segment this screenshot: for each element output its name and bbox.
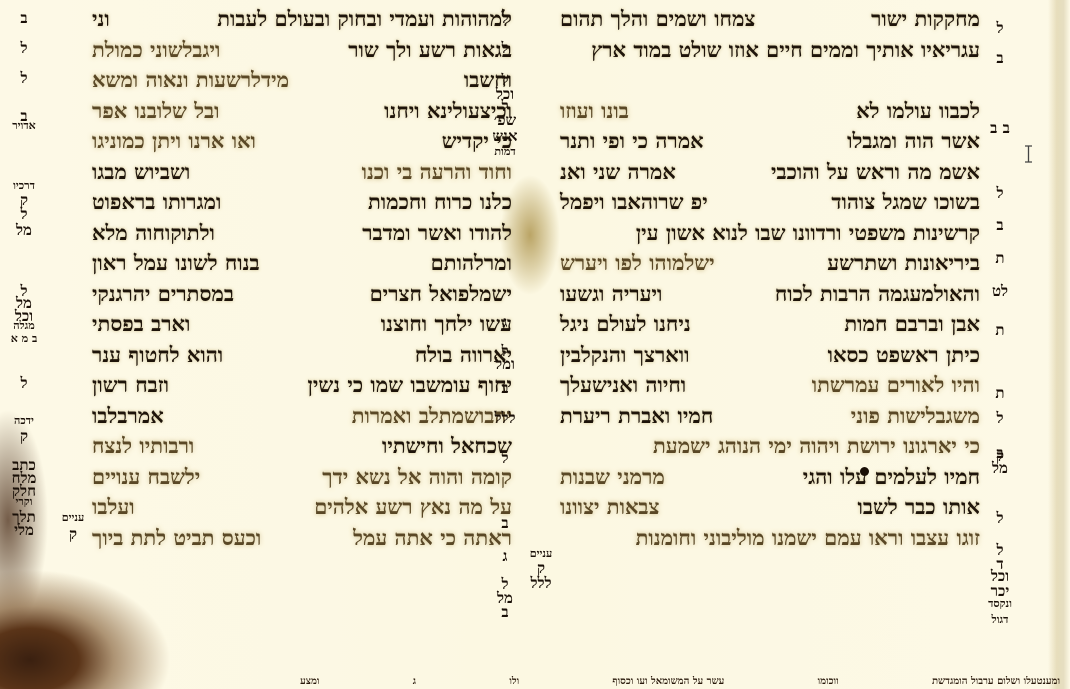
masorah-note: ידכה — [4, 415, 44, 427]
masorah-note: אנש — [480, 128, 530, 144]
masorah-note: מלי — [4, 522, 44, 538]
masorah-note: אדויר — [4, 120, 44, 132]
masorah-note: ומל — [480, 356, 530, 372]
text-line: יהבושמתלב ואמרותאמרבלבו — [92, 401, 512, 432]
masorah-note: ת — [982, 385, 1018, 401]
masorah-note: ל — [982, 20, 1018, 36]
text-line: להודו ואשר ומדברולתוקוחוה מלא — [92, 218, 512, 249]
masorah-note: עניים — [56, 512, 90, 524]
masorah-note: מל — [4, 222, 44, 238]
text-line: וחוד והרעה בי וכנוושביוש מבגו — [92, 157, 512, 188]
masorah-note: ב — [982, 217, 1018, 233]
text-line: כיתן ראשפט כסאוווארצך והנקלבין — [560, 340, 980, 371]
text-line: ביריאונות ושתרשעישלמוהו לפו ויערש — [560, 248, 980, 279]
masorah-note: ל — [4, 70, 44, 86]
masorah-note: ק — [4, 428, 44, 444]
text-line: ישמלפואל חצריםבמסתרים יהרגנקי — [92, 279, 512, 310]
masorah-note: ל — [982, 510, 1018, 526]
masorah-note: ללל — [480, 410, 530, 426]
masorah-note: ל — [480, 450, 530, 466]
masorah-note: ל — [480, 10, 530, 26]
text-line: ומרלהותםבנוח לשונו עמל ראון — [92, 248, 512, 279]
masorah-note: ק — [56, 526, 90, 542]
text-line: כלנו כרוח וחכמותומגרותו בראפוט — [92, 187, 512, 218]
text-line: שכחאל וחישתיוורבותיו לנצח — [92, 431, 512, 462]
masorah-note: ב — [480, 380, 530, 396]
text-line: חמיו לעלמים עלו והגימרמני שבנות — [560, 462, 980, 493]
masorah-note: מל — [982, 460, 1018, 476]
masorah-note: ב — [982, 50, 1018, 66]
masorah-note: ל — [480, 40, 530, 56]
masorah-note: ל — [4, 40, 44, 56]
text-line: אבן וברבם חמותניחנו לעולם ניגל — [560, 309, 980, 340]
masorah-note: דמות — [480, 146, 530, 158]
masorah-note: דגול — [982, 614, 1018, 626]
blank-line — [560, 65, 980, 96]
masorah-note: ל — [4, 375, 44, 391]
masorah-note: ת — [982, 250, 1018, 266]
text-line: עשו ילחך וחוצנווארב בפסתי — [92, 309, 512, 340]
text-line: קרשינות משפטי ורדוונו שבו לנוא אשון עין — [560, 218, 980, 249]
text-column-right: מחקקות ישורצמחו ושמים והלך תהום עגריאיו … — [560, 4, 980, 553]
masorah-note: ונקסד — [982, 598, 1018, 610]
text-line: זוגו עצבו וראו עמם ישמנו מוליבוני וחומנו… — [560, 523, 980, 554]
page-edge-shadow — [1048, 0, 1070, 689]
masorah-note: ג — [480, 314, 530, 330]
text-line: יחוף עומשבו שמו כי נשיןוזבח רשון — [92, 370, 512, 401]
text-line: למהוהות ועמדי ובחוק ובעולם לעבותוני — [92, 4, 512, 35]
masorah-note: ב — [4, 10, 44, 26]
masorah-note: ב ב — [982, 120, 1018, 136]
masorah-note: שפ׳ — [480, 112, 530, 128]
text-cursor-icon — [1024, 145, 1033, 163]
masorah-note: ל — [982, 185, 1018, 201]
text-line: והאולמעגמה הרבות לכוחויעריה וגשעו — [560, 279, 980, 310]
masorah-note: ל — [4, 206, 44, 222]
text-line: בשוכו שמגל צוהודיפ שרוהאבו ויפמל — [560, 187, 980, 218]
text-line: עגריאיו אותיך וממים חיים אוזו שולט במוד … — [560, 35, 980, 66]
text-line: אשמ מה וראש על והוכביאמרה שני ואנ — [560, 157, 980, 188]
masorah-note: ת — [982, 322, 1018, 338]
text-line: והיו לאורים עמרשתווחיוה ואנישעלך — [560, 370, 980, 401]
masorah-note: מגלה — [4, 320, 44, 332]
masorah-note: ב — [480, 604, 530, 620]
ink-spot — [860, 467, 869, 476]
text-line: על מה נאץ רשע אלהיםועלבו — [92, 492, 512, 523]
text-line: כי יארגונו ירושת ויהוה ימי הנוהג ישמעת — [560, 431, 980, 462]
text-line: אותו כבר לשבוצבאות יצוונו — [560, 492, 980, 523]
masorah-note: לט — [982, 283, 1018, 299]
text-line: בגאות רשע ולך שורויגבלשוני כמולת — [92, 35, 512, 66]
text-line: קומה והוה אל נשא ידךילשבח ענויים — [92, 462, 512, 493]
text-line: וכיצעולינא ויחנוובל שלובנו אפר — [92, 96, 512, 127]
masorah-note: ללל — [524, 575, 558, 591]
masorah-note: ל — [982, 410, 1018, 426]
text-line: אשר הוה ומגבלואמרה כי ופי ותנר — [560, 126, 980, 157]
text-line: לכבוו עולמו לאבונו ועוזו — [560, 96, 980, 127]
text-line: יארווה בולחוהוא לחטוף ענר — [92, 340, 512, 371]
next-page-text-strip: ומענטעלו ושלום ערבול הומגדשת ווכומו עשר … — [300, 676, 1060, 689]
masorah-note: ב מ א — [4, 333, 44, 345]
text-line: כי יקדישואו ארנו ויתן כמוניגו — [92, 126, 512, 157]
text-line: וחשבומידלרשעות ונאוה ומשא — [92, 65, 512, 96]
text-line: משגבלישות פוניחמיו ואברת ריערת — [560, 401, 980, 432]
masorah-note: ג — [480, 548, 530, 564]
manuscript-page: מחקקות ישורצמחו ושמים והלך תהום עגריאיו … — [0, 0, 1070, 689]
text-line: מחקקות ישורצמחו ושמים והלך תהום — [560, 4, 980, 35]
text-column-left: למהוהות ועמדי ובחוק ובעולם לעבותוני בגאו… — [92, 4, 512, 553]
masorah-note: ב — [480, 515, 530, 531]
text-line: ראתה כי אתה עמלוכעס תביט לתת ביוך — [92, 523, 512, 554]
masorah-note: וקרי — [4, 496, 44, 508]
